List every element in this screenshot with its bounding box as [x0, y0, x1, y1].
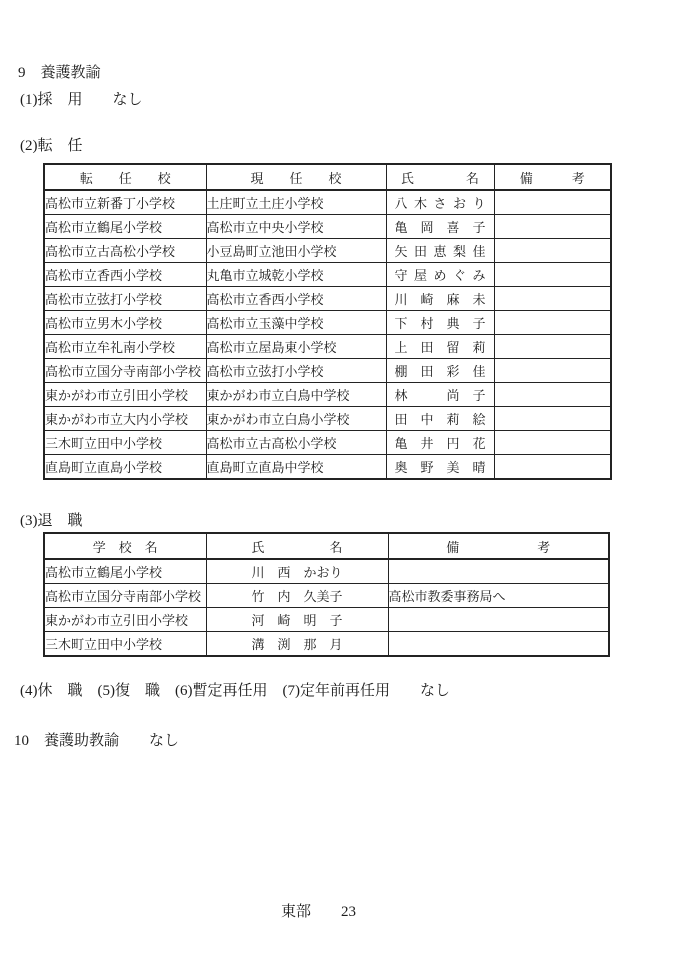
name-distributed: 田中莉絵	[387, 409, 494, 428]
retirement-name-cell: 川 西 かおり	[206, 559, 388, 584]
transfer-name-cell: 八木さおり	[386, 190, 494, 215]
transfer-name-cell: 矢田恵梨佳	[386, 239, 494, 263]
transfer-current-school-cell: 高松市立香西小学校	[206, 287, 386, 311]
transfer-name-cell: 奥野美晴	[386, 455, 494, 480]
transfer-current-school-cell: 小豆島町立池田小学校	[206, 239, 386, 263]
retirement-remarks-cell	[388, 632, 609, 657]
transfer-to-school-cell: 直島町立直島小学校	[44, 455, 206, 480]
retirement-remarks-cell: 高松市教委事務局へ	[388, 584, 609, 608]
transfer-current-school-cell: 直島町立直島中学校	[206, 455, 386, 480]
document-page: 9 養護教諭 (1)採 用 なし (2)転 任 転 任 校 現 任 校 氏 名 …	[0, 0, 680, 961]
transfer-name-cell: 亀井円花	[386, 431, 494, 455]
transfer-remarks-cell	[494, 359, 611, 383]
transfer-current-school-cell: 丸亀市立城乾小学校	[206, 263, 386, 287]
transfer-to-school-cell: 高松市立弦打小学校	[44, 287, 206, 311]
item-3-taishoku-label: (3)退 職	[20, 512, 83, 531]
transfer-table-row: 東かがわ市立大内小学校東かがわ市立白鳥小学校田中莉絵	[44, 407, 611, 431]
transfer-table-row: 高松市立国分寺南部小学校高松市立弦打小学校棚田彩佳	[44, 359, 611, 383]
retirement-name-cell: 竹 内 久美子	[206, 584, 388, 608]
transfer-to-school-cell: 三木町立田中小学校	[44, 431, 206, 455]
transfer-name-cell: 川崎麻未	[386, 287, 494, 311]
retirement-school-cell: 三木町立田中小学校	[44, 632, 206, 657]
transfer-table-row: 直島町立直島小学校直島町立直島中学校奥野美晴	[44, 455, 611, 480]
retirement-remarks-cell	[388, 608, 609, 632]
transfer-current-school-cell: 東かがわ市立白鳥小学校	[206, 407, 386, 431]
transfer-to-school-cell: 高松市立国分寺南部小学校	[44, 359, 206, 383]
transfer-to-school-cell: 高松市立古高松小学校	[44, 239, 206, 263]
transfer-current-school-cell: 高松市立中央小学校	[206, 215, 386, 239]
transfer-table-row: 高松市立新番丁小学校土庄町立土庄小学校八木さおり	[44, 190, 611, 215]
retirement-school-cell: 東かがわ市立引田小学校	[44, 608, 206, 632]
transfer-current-school-cell: 高松市立玉藻中学校	[206, 311, 386, 335]
item-1-saiyo-line: (1)採 用 なし	[20, 91, 143, 110]
item-2-tennin-label: (2)転 任	[20, 137, 83, 156]
section-10-heading: 10 養護助教諭 なし	[14, 732, 179, 751]
transfer-remarks-cell	[494, 335, 611, 359]
transfer-table: 転 任 校 現 任 校 氏 名 備 考 高松市立新番丁小学校土庄町立土庄小学校八…	[43, 163, 612, 480]
transfer-name-cell: 亀岡喜子	[386, 215, 494, 239]
transfer-table-row: 高松市立男木小学校高松市立玉藻中学校下村典子	[44, 311, 611, 335]
item-4-7-status-line: (4)休 職 (5)復 職 (6)暫定再任用 (7)定年前再任用 なし	[20, 682, 450, 701]
transfer-header-current-school: 現 任 校	[206, 164, 386, 190]
transfer-remarks-cell	[494, 311, 611, 335]
section-9-heading: 9 養護教諭	[18, 64, 101, 83]
transfer-to-school-cell: 高松市立男木小学校	[44, 311, 206, 335]
transfer-header-name: 氏 名	[386, 164, 494, 190]
transfer-name-cell: 林 尚子	[386, 383, 494, 407]
name-distributed: 林 尚子	[387, 385, 494, 404]
transfer-remarks-cell	[494, 383, 611, 407]
transfer-current-school-cell: 東かがわ市立白鳥中学校	[206, 383, 386, 407]
retirement-remarks-cell	[388, 559, 609, 584]
name-distributed: 守屋めぐみ	[387, 265, 494, 284]
transfer-remarks-cell	[494, 239, 611, 263]
transfer-to-school-cell: 東かがわ市立大内小学校	[44, 407, 206, 431]
name-distributed: 亀井円花	[387, 433, 494, 452]
transfer-to-school-cell: 高松市立鶴尾小学校	[44, 215, 206, 239]
retirement-table-row: 三木町立田中小学校溝 渕 那 月	[44, 632, 609, 657]
name-distributed: 川崎麻未	[387, 289, 494, 308]
transfer-table-row: 高松市立古高松小学校小豆島町立池田小学校矢田恵梨佳	[44, 239, 611, 263]
transfer-to-school-cell: 東かがわ市立引田小学校	[44, 383, 206, 407]
transfer-table-row: 高松市立鶴尾小学校高松市立中央小学校亀岡喜子	[44, 215, 611, 239]
name-distributed: 上田留莉	[387, 337, 494, 356]
transfer-remarks-cell	[494, 455, 611, 480]
transfer-table-row: 東かがわ市立引田小学校東かがわ市立白鳥中学校林 尚子	[44, 383, 611, 407]
transfer-name-cell: 棚田彩佳	[386, 359, 494, 383]
transfer-remarks-cell	[494, 431, 611, 455]
retirement-header-remarks: 備 考	[388, 533, 609, 559]
transfer-current-school-cell: 高松市立弦打小学校	[206, 359, 386, 383]
retirement-name-cell: 溝 渕 那 月	[206, 632, 388, 657]
transfer-table-row: 高松市立香西小学校丸亀市立城乾小学校守屋めぐみ	[44, 263, 611, 287]
transfer-table-row: 高松市立弦打小学校高松市立香西小学校川崎麻未	[44, 287, 611, 311]
retirement-table-row: 東かがわ市立引田小学校河 崎 明 子	[44, 608, 609, 632]
name-distributed: 八木さおり	[387, 193, 494, 212]
retirement-school-cell: 高松市立鶴尾小学校	[44, 559, 206, 584]
transfer-table-header-row: 転 任 校 現 任 校 氏 名 備 考	[44, 164, 611, 190]
transfer-name-cell: 田中莉絵	[386, 407, 494, 431]
transfer-current-school-cell: 土庄町立土庄小学校	[206, 190, 386, 215]
retirement-table-row: 高松市立鶴尾小学校川 西 かおり	[44, 559, 609, 584]
name-distributed: 下村典子	[387, 313, 494, 332]
retirement-table-header-row: 学 校 名 氏 名 備 考	[44, 533, 609, 559]
transfer-name-cell: 守屋めぐみ	[386, 263, 494, 287]
transfer-remarks-cell	[494, 287, 611, 311]
transfer-to-school-cell: 高松市立新番丁小学校	[44, 190, 206, 215]
transfer-header-to-school: 転 任 校	[44, 164, 206, 190]
transfer-name-cell: 上田留莉	[386, 335, 494, 359]
transfer-table-row: 三木町立田中小学校高松市立古高松小学校亀井円花	[44, 431, 611, 455]
transfer-name-cell: 下村典子	[386, 311, 494, 335]
transfer-current-school-cell: 高松市立古高松小学校	[206, 431, 386, 455]
transfer-header-remarks: 備 考	[494, 164, 611, 190]
retirement-table: 学 校 名 氏 名 備 考 高松市立鶴尾小学校川 西 かおり高松市立国分寺南部小…	[43, 532, 610, 657]
transfer-table-row: 高松市立牟礼南小学校高松市立屋島東小学校上田留莉	[44, 335, 611, 359]
name-distributed: 棚田彩佳	[387, 361, 494, 380]
name-distributed: 矢田恵梨佳	[387, 241, 494, 260]
retirement-name-cell: 河 崎 明 子	[206, 608, 388, 632]
transfer-to-school-cell: 高松市立香西小学校	[44, 263, 206, 287]
name-distributed: 奥野美晴	[387, 457, 494, 476]
transfer-remarks-cell	[494, 263, 611, 287]
name-distributed: 亀岡喜子	[387, 217, 494, 236]
retirement-school-cell: 高松市立国分寺南部小学校	[44, 584, 206, 608]
retirement-header-name: 氏 名	[206, 533, 388, 559]
transfer-current-school-cell: 高松市立屋島東小学校	[206, 335, 386, 359]
retirement-table-row: 高松市立国分寺南部小学校竹 内 久美子高松市教委事務局へ	[44, 584, 609, 608]
retirement-header-school: 学 校 名	[44, 533, 206, 559]
transfer-remarks-cell	[494, 190, 611, 215]
transfer-remarks-cell	[494, 407, 611, 431]
page-footer: 東部 23	[281, 900, 356, 921]
transfer-remarks-cell	[494, 215, 611, 239]
transfer-to-school-cell: 高松市立牟礼南小学校	[44, 335, 206, 359]
